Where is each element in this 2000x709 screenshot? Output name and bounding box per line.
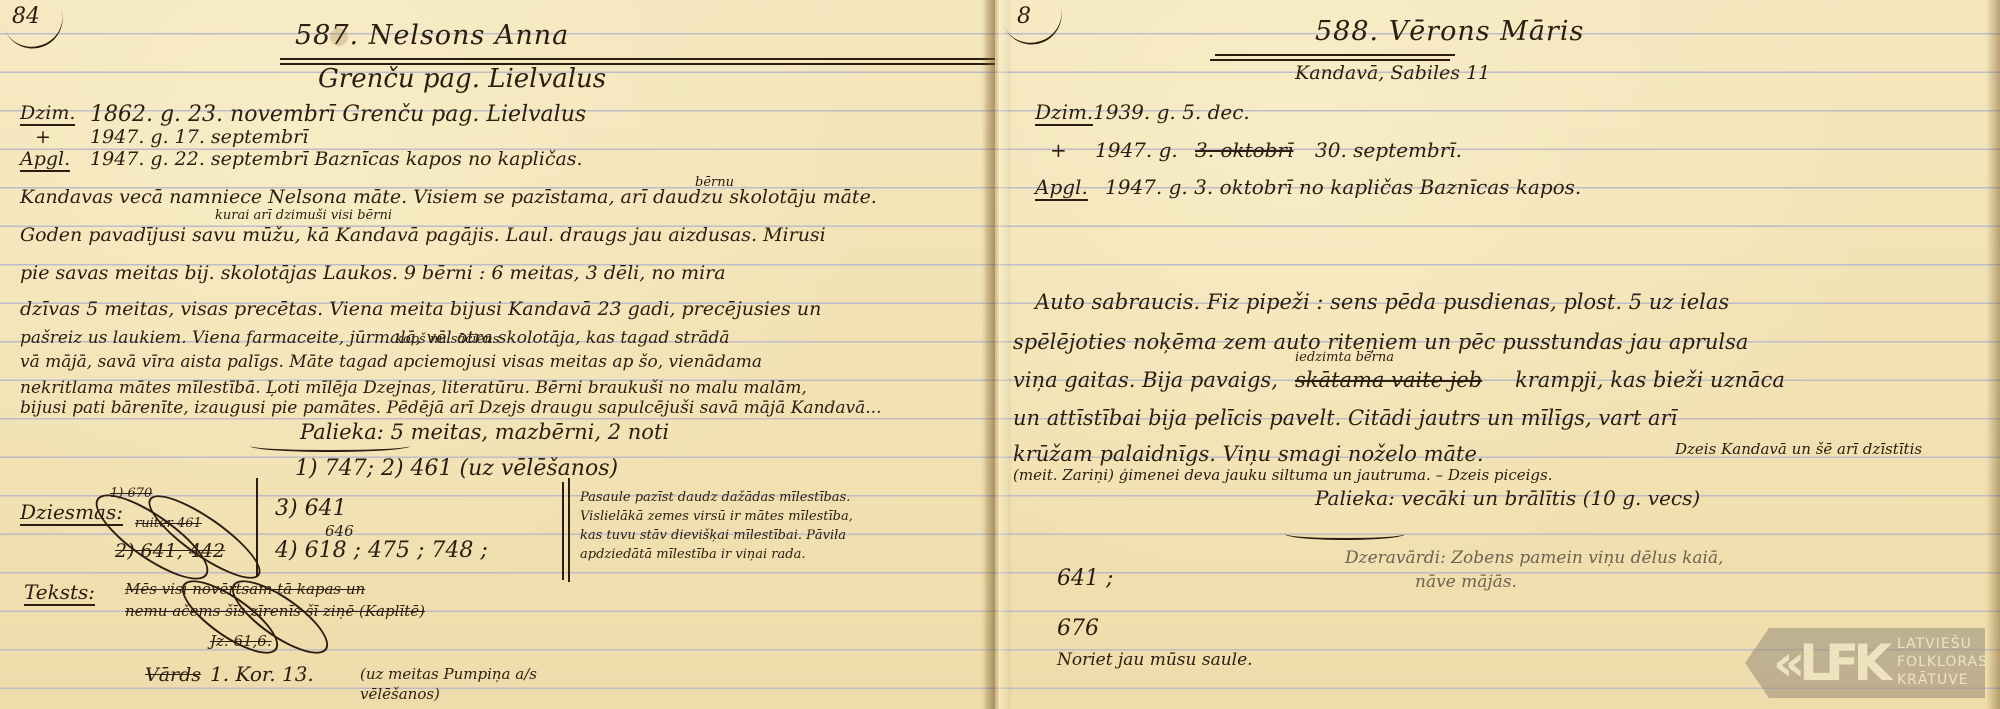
narrative-line-2: Goden pavadījusi savu mūžu, kā Kandavā p…	[20, 224, 826, 246]
melody-1: 641 ;	[1057, 566, 1113, 591]
died-label: +	[35, 126, 51, 148]
born-label: Dzim.	[1035, 100, 1093, 126]
page-edge	[1986, 0, 2000, 709]
melody-2: 676	[1057, 616, 1099, 641]
lfk-icon: «LFK	[1773, 634, 1886, 692]
title-underline-2	[1210, 59, 1450, 61]
box-note-2: Vislielākā zemes virsū ir mātes mīlestīb…	[580, 509, 853, 524]
narrative-line-5: pašreiz us laukiem. Viena farmaceite, jū…	[20, 328, 730, 348]
narrative-line-5: krūžam palaidnīgs. Viņu smagi noželo māt…	[1013, 442, 1484, 466]
insert-line-2: kurai arī dzimuši visi bērni	[215, 208, 392, 223]
line5-right: Dzeis Kandavā un šē arī dzīstītis	[1675, 440, 1922, 458]
box-note-4: apdziedātā mīlestība ir viņai rada.	[580, 547, 805, 562]
motto: Dzeravārdi: Zobens pamein viņu dēlus kai…	[1345, 548, 1724, 568]
title-underline	[280, 58, 995, 60]
logo-text: LATVIEŠU FOLKLORAS KRĀTUVE	[1897, 635, 1988, 689]
entry-title: 587. Nelsons Anna	[295, 20, 569, 51]
died-label: +	[1050, 138, 1067, 162]
narrative-line-8: bijusi pati bārenīte, izaugusi pie pamāt…	[20, 398, 881, 418]
teksts-label: Teksts:	[24, 580, 95, 606]
divider-swash	[250, 440, 410, 452]
born-label: Dzim.	[20, 102, 75, 126]
narrative-line-1: Kandavas vecā namniece Nelsona māte. Vis…	[20, 186, 877, 208]
buried-label: Apgl.	[1035, 175, 1088, 201]
narrative-line-3: pie savas meitas bij. skolotājas Laukos.…	[20, 262, 726, 284]
narrative-line-1: Auto sabraucis. Fiz pipeži : sens pēda p…	[1035, 290, 1729, 314]
entry-place: Grenču pag. Lielvalus	[318, 64, 606, 94]
narrative-line-4: dzīvas 5 meitas, visas precētas. Viena m…	[20, 298, 821, 320]
column-separator	[256, 478, 258, 576]
buried-info: 1947. g. 3. oktobrī no kapličas Baznīcas…	[1105, 175, 1581, 199]
logo-line-1: LATVIEŠU	[1897, 635, 1988, 653]
melodies-line-3: 3) 641	[275, 496, 347, 521]
right-page: 8 588. Vērons Māris Kandavā, Sabiles 11 …	[995, 0, 2000, 709]
line3-struck: skātama vaite jeb	[1295, 368, 1482, 392]
buried-label: Apgl.	[20, 148, 70, 172]
line3-rest: krampji, kas bieži uznāca	[1515, 368, 1785, 392]
verse-label: Vārds	[145, 664, 201, 686]
survivors: Palieka: vecāki un brālītis (10 g. vecs)	[1315, 486, 1700, 510]
verse-ref: 1. Kor. 13.	[210, 662, 314, 686]
lfk-watermark-logo: «LFK LATVIEŠU FOLKLORAS KRĀTUVE	[1745, 628, 1985, 698]
page-number: 84	[12, 4, 40, 29]
motto-line-2: nāve mājās.	[1415, 572, 1517, 592]
melodies-line-4: 4) 618 ; 475 ; 748 ;	[275, 538, 488, 563]
died-corrected: 30. septembrī.	[1315, 138, 1462, 162]
logo-line-2: FOLKLORAS	[1897, 653, 1988, 671]
narrative-line-7: nekritlama mātes mīlestībā. Ļoti mīlēja …	[20, 378, 807, 398]
entry-title: 588. Vērons Māris	[1315, 16, 1584, 47]
line3-insert: iedzimta bērna	[1295, 350, 1394, 365]
born-date: 1862. g. 23. novembrī Grenču pag. Lielva…	[90, 102, 586, 127]
narrative-line-4: un attīstībai bija pelīcis pavelt. Citād…	[1013, 406, 1677, 430]
left-page: 84 587. Nelsons Anna Grenču pag. Lielval…	[0, 0, 995, 709]
page-number: 8	[1017, 4, 1031, 29]
title-underline	[1215, 54, 1455, 56]
book-spine	[985, 0, 1011, 709]
hymn-note: Noriet jau mūsu saule.	[1057, 650, 1253, 670]
insert-line-6: kopš nu sāciens	[395, 332, 499, 347]
box-bar-2	[568, 478, 570, 582]
box-bar-1	[562, 482, 564, 580]
buried-info: 1947. g. 22. septembrī Baznīcas kapos no…	[90, 148, 583, 170]
box-note-3: kas tuvu stāv dievišķai mīlestībai. Pāvi…	[580, 528, 846, 543]
died-struck: 3. oktobrī	[1195, 138, 1293, 162]
narrative-line-3: viņa gaitas. Bija pavaigs,	[1013, 368, 1278, 392]
died-date: 1947. g. 17. septembrī	[90, 126, 308, 148]
narrative-line-6: vā mājā, savā vīra aista palīgs. Māte ta…	[20, 352, 762, 372]
box-note-1: Pasaule pazīst daudz dažādas mīlestības.	[580, 490, 850, 505]
verse-note: (uz meitas Pumpiņa a/s vēlēšanos)	[360, 664, 560, 704]
born-date: 1939. g. 5. dec.	[1093, 100, 1250, 124]
narrative-line-6: (meit. Zariņi) ģimenei deva jauku siltum…	[1013, 466, 1552, 484]
logo-line-3: KRĀTUVE	[1897, 671, 1988, 689]
died-year: 1947. g.	[1095, 138, 1178, 162]
divider-swash	[1285, 528, 1405, 540]
entry-place: Kandavā, Sabiles 11	[1295, 62, 1490, 84]
